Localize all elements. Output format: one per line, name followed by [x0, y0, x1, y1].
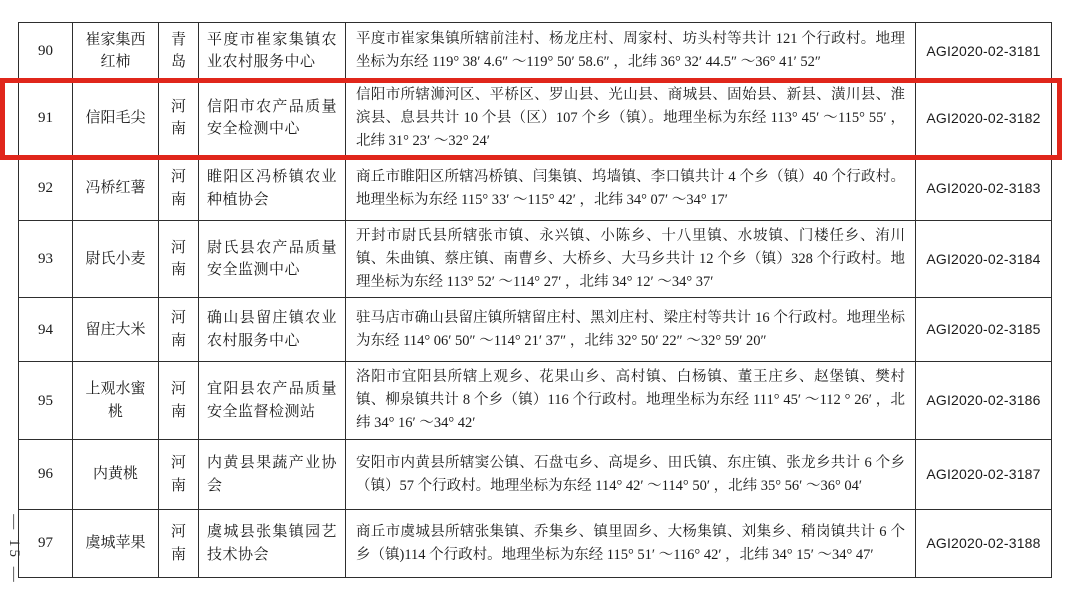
cell-registration-id: AGI2020-02-3188 — [916, 510, 1051, 577]
cell-province: 河南 — [159, 362, 199, 439]
cell-region-description: 驻马店市确山县留庄镇所辖留庄村、黑刘庄村、梁庄村等共计 16 个行政村。地理坐标… — [346, 298, 916, 361]
cell-serial-number: 91 — [19, 80, 73, 157]
page-number: — 15 — — [0, 502, 26, 596]
table-row: 97 虞城苹果 河南 虞城县张集镇园艺技术协会 商丘市虞城县所辖张集镇、乔集乡、… — [19, 510, 1051, 577]
cell-organization: 虞城县张集镇园艺技术协会 — [199, 510, 346, 577]
agri-product-registry-table: 90 崔家集西红柿 青岛 平度市崔家集镇农业农村服务中心 平度市崔家集镇所辖前洼… — [18, 22, 1052, 578]
cell-organization: 宜阳县农产品质量安全监督检测站 — [199, 362, 346, 439]
cell-region-description: 洛阳市宜阳县所辖上观乡、花果山乡、高村镇、白杨镇、董王庄乡、赵堡镇、樊村镇、柳泉… — [346, 362, 916, 439]
cell-province: 河南 — [159, 221, 199, 298]
cell-serial-number: 97 — [19, 510, 73, 577]
cell-region-description: 平度市崔家集镇所辖前洼村、杨龙庄村、周家村、坊头村等共计 121 个行政村。地理… — [346, 23, 916, 79]
cell-region-description: 商丘市睢阳区所辖冯桥镇、闫集镇、坞墙镇、李口镇共计 4 个乡（镇）40 个行政村… — [346, 158, 916, 220]
cell-product-name: 留庄大米 — [73, 298, 159, 361]
cell-organization: 睢阳区冯桥镇农业种植协会 — [199, 158, 346, 220]
cell-registration-id: AGI2020-02-3187 — [916, 440, 1051, 509]
table-row: 94 留庄大米 河南 确山县留庄镇农业农村服务中心 驻马店市确山县留庄镇所辖留庄… — [19, 298, 1051, 362]
cell-region-description: 开封市尉氏县所辖张市镇、永兴镇、小陈乡、十八里镇、水坡镇、门楼任乡、洧川镇、朱曲… — [346, 221, 916, 298]
table-row: 95 上观水蜜桃 河南 宜阳县农产品质量安全监督检测站 洛阳市宜阳县所辖上观乡、… — [19, 362, 1051, 440]
cell-product-name: 内黄桃 — [73, 440, 159, 509]
cell-serial-number: 95 — [19, 362, 73, 439]
cell-organization: 平度市崔家集镇农业农村服务中心 — [199, 23, 346, 79]
table-row-highlighted: 91 信阳毛尖 河南 信阳市农产品质量安全检测中心 信阳市所辖浉河区、平桥区、罗… — [19, 80, 1051, 158]
cell-product-name: 冯桥红薯 — [73, 158, 159, 220]
cell-serial-number: 94 — [19, 298, 73, 361]
cell-product-name: 上观水蜜桃 — [73, 362, 159, 439]
cell-serial-number: 93 — [19, 221, 73, 298]
cell-product-name: 尉氏小麦 — [73, 221, 159, 298]
cell-registration-id: AGI2020-02-3184 — [916, 221, 1051, 298]
cell-registration-id: AGI2020-02-3182 — [916, 80, 1051, 157]
cell-province: 河南 — [159, 158, 199, 220]
cell-region-description: 商丘市虞城县所辖张集镇、乔集乡、镇里固乡、大杨集镇、刘集乡、稍岗镇共计 6 个乡… — [346, 510, 916, 577]
cell-organization: 内黄县果蔬产业协会 — [199, 440, 346, 509]
cell-registration-id: AGI2020-02-3183 — [916, 158, 1051, 220]
cell-serial-number: 92 — [19, 158, 73, 220]
cell-region-description: 安阳市内黄县所辖窦公镇、石盘屯乡、高堤乡、田氏镇、东庄镇、张龙乡共计 6 个乡（… — [346, 440, 916, 509]
cell-region-description: 信阳市所辖浉河区、平桥区、罗山县、光山县、商城县、固始县、新县、潢川县、淮滨县、… — [346, 80, 916, 157]
cell-organization: 确山县留庄镇农业农村服务中心 — [199, 298, 346, 361]
cell-registration-id: AGI2020-02-3185 — [916, 298, 1051, 361]
cell-registration-id: AGI2020-02-3181 — [916, 23, 1051, 79]
cell-product-name: 信阳毛尖 — [73, 80, 159, 157]
cell-province: 河南 — [159, 510, 199, 577]
cell-organization: 信阳市农产品质量安全检测中心 — [199, 80, 346, 157]
table-row: 93 尉氏小麦 河南 尉氏县农产品质量安全监测中心 开封市尉氏县所辖张市镇、永兴… — [19, 221, 1051, 299]
table-row: 92 冯桥红薯 河南 睢阳区冯桥镇农业种植协会 商丘市睢阳区所辖冯桥镇、闫集镇、… — [19, 158, 1051, 221]
scanned-document-page: 90 崔家集西红柿 青岛 平度市崔家集镇农业农村服务中心 平度市崔家集镇所辖前洼… — [0, 0, 1068, 596]
cell-province: 河南 — [159, 440, 199, 509]
table-row: 96 内黄桃 河南 内黄县果蔬产业协会 安阳市内黄县所辖窦公镇、石盘屯乡、高堤乡… — [19, 440, 1051, 510]
cell-serial-number: 90 — [19, 23, 73, 79]
table-row: 90 崔家集西红柿 青岛 平度市崔家集镇农业农村服务中心 平度市崔家集镇所辖前洼… — [19, 23, 1051, 80]
cell-province: 青岛 — [159, 23, 199, 79]
cell-province: 河南 — [159, 298, 199, 361]
page-number-label: — 15 — — [5, 514, 22, 585]
cell-registration-id: AGI2020-02-3186 — [916, 362, 1051, 439]
cell-organization: 尉氏县农产品质量安全监测中心 — [199, 221, 346, 298]
cell-product-name: 崔家集西红柿 — [73, 23, 159, 79]
cell-province: 河南 — [159, 80, 199, 157]
cell-product-name: 虞城苹果 — [73, 510, 159, 577]
cell-serial-number: 96 — [19, 440, 73, 509]
